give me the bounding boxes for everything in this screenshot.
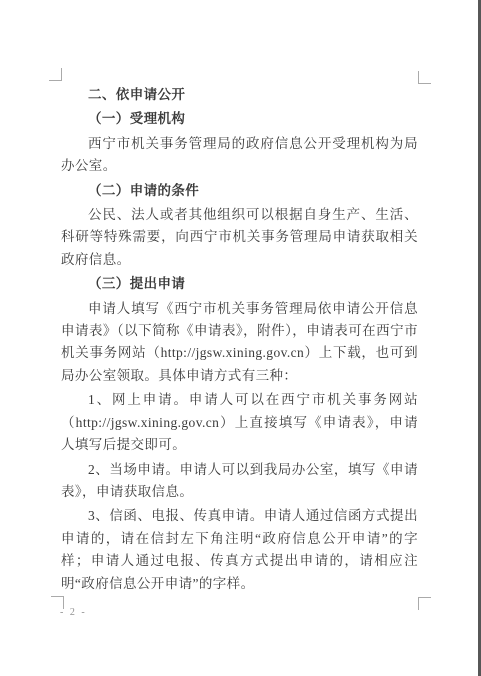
crop-mark-top-right-icon [418, 71, 431, 84]
body-paragraph-numbered-1: 1、网上申请。申请人可以在西宁市机关事务网站（http://jgsw.xinin… [61, 389, 418, 456]
document-body: 二、依申请公开 （一）受理机构 西宁市机关事务管理局的政府信息公开受理机构为局办… [61, 84, 418, 595]
body-paragraph: 公民、法人或者其他组织可以根据自身生产、生活、科研等特殊需要，向西宁市机关事务管… [61, 204, 418, 271]
section-heading-level1: 二、依申请公开 [61, 84, 418, 106]
page-number: - 2 - [60, 607, 87, 618]
section-heading-level2: （三）提出申请 [61, 273, 418, 295]
document-page: 二、依申请公开 （一）受理机构 西宁市机关事务管理局的政府信息公开受理机构为局办… [0, 0, 481, 676]
body-paragraph: 西宁市机关事务管理局的政府信息公开受理机构为局办公室。 [61, 133, 418, 178]
section-heading-level2: （二）申请的条件 [61, 180, 418, 202]
body-paragraph-numbered-3: 3、信函、电报、传真申请。申请人通过信函方式提出申请的，请在信封左下角注明“政府… [61, 505, 418, 595]
crop-mark-bottom-right-icon [418, 597, 431, 610]
section-heading-level2: （一）受理机构 [61, 108, 418, 130]
crop-mark-top-left-icon [49, 68, 62, 81]
body-paragraph: 申请人填写《西宁市机关事务管理局依申请公开信息申请表》（以下简称《申请表》，附件… [61, 298, 418, 388]
body-paragraph-numbered-2: 2、当场申请。申请人可以到我局办公室，填写《申请表》，申请获取信息。 [61, 459, 418, 504]
